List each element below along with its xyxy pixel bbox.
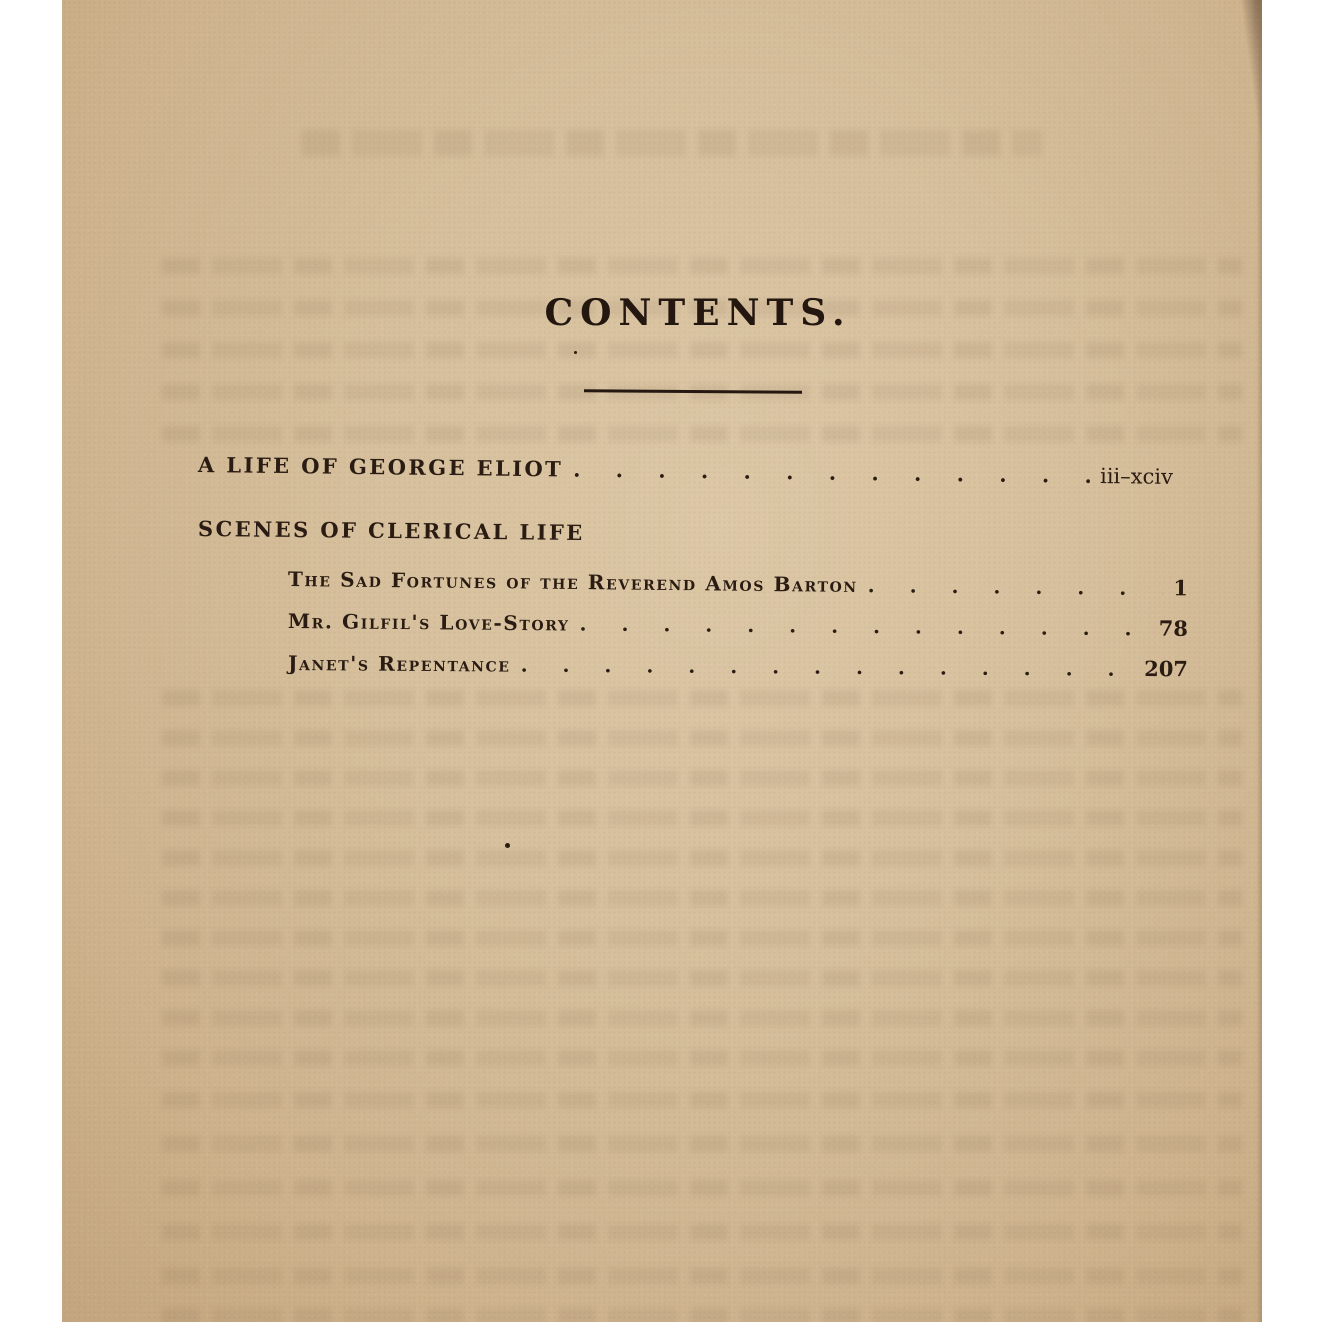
toc-section-label: Scenes of Clerical Life: [198, 516, 585, 545]
ink-speck: [574, 351, 577, 354]
toc-entry-page: iii–xciv: [1100, 464, 1173, 489]
contents-page: CONTENTS. A Life of George Eliot iii–xci…: [62, 0, 1262, 1322]
toc-entry-janets-repentance[interactable]: Janet's Repentance 207: [288, 650, 1188, 681]
toc-entry-label: The Sad Fortunes of the Reverend Amos Ba…: [288, 567, 858, 597]
toc-entry-page: 207: [1144, 656, 1188, 681]
ink-speck: [505, 843, 510, 848]
toc-entry-label: Mr. Gilfil's Love-Story: [288, 609, 570, 635]
toc-entry-life-of-george-eliot[interactable]: A Life of George Eliot iii–xciv: [198, 452, 1173, 489]
book-page-photo: CONTENTS. A Life of George Eliot iii–xci…: [62, 0, 1262, 1322]
toc-entry-mr-gilfils-love-story[interactable]: Mr. Gilfil's Love-Story 78: [288, 608, 1188, 641]
dot-leader: [573, 457, 1090, 488]
toc-entry-page: 78: [1159, 616, 1188, 641]
toc-entry-page: 1: [1173, 575, 1188, 600]
dot-leader: [521, 653, 1135, 681]
toc-entry-label: A Life of George Eliot: [198, 452, 563, 481]
dot-leader: [868, 573, 1164, 600]
toc-entry-label: Janet's Repentance: [288, 651, 511, 677]
page-title: CONTENTS.: [538, 292, 858, 334]
title-rule-divider: [584, 389, 802, 394]
dot-leader: [579, 612, 1148, 641]
toc-entry-amos-barton[interactable]: The Sad Fortunes of the Reverend Amos Ba…: [288, 566, 1188, 600]
toc-section-scenes-of-clerical-life[interactable]: Scenes of Clerical Life: [198, 516, 585, 545]
